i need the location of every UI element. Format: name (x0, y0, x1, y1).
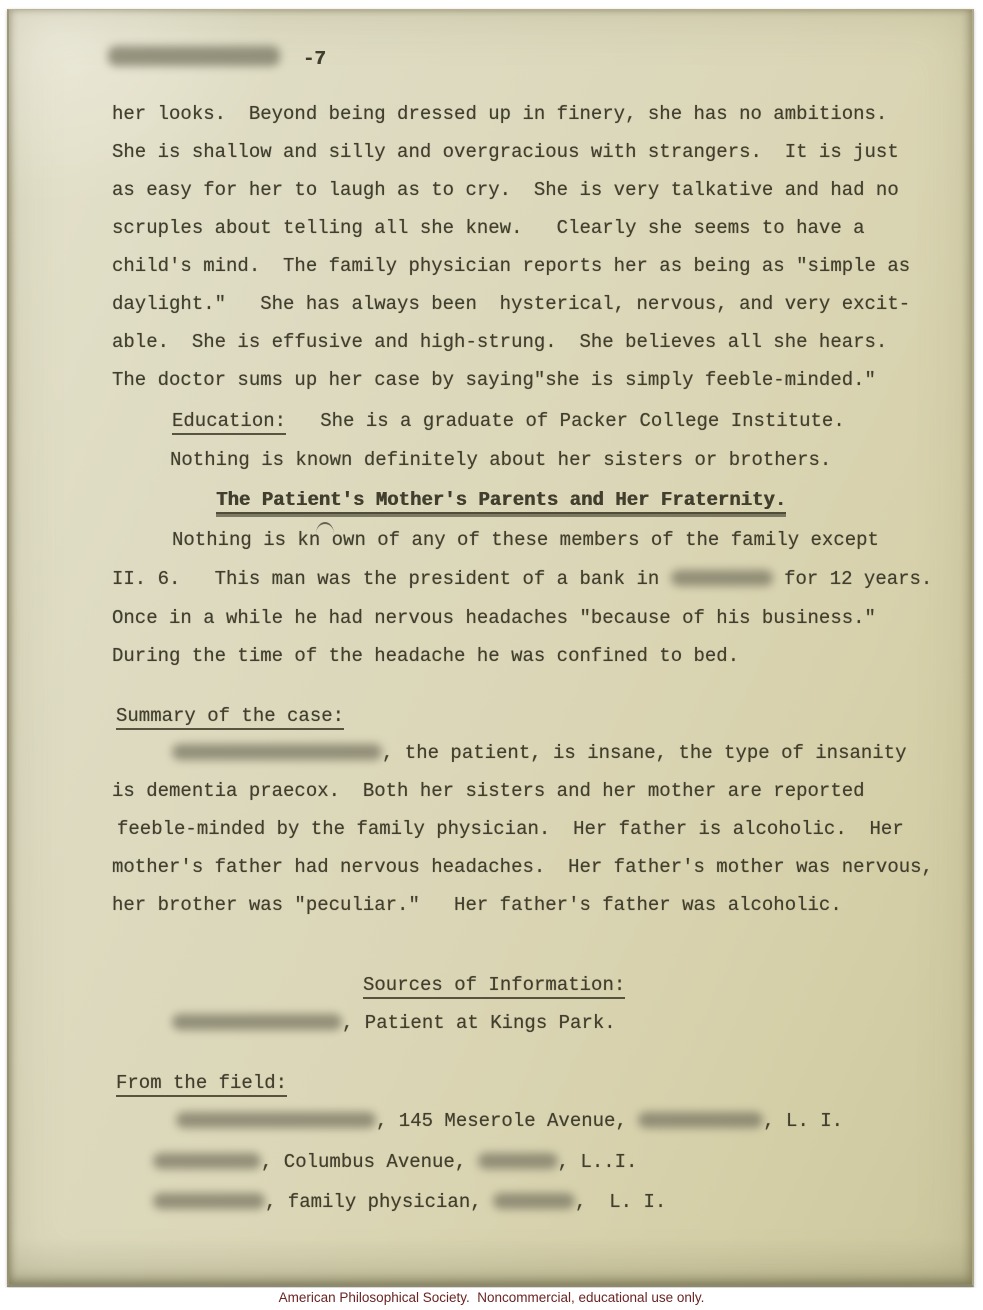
scanned-page (7, 9, 974, 1287)
scanned-document-viewer: { "document": { "description": "Scanned … (0, 0, 983, 1310)
attribution-footer: American Philosophical Society. Noncomme… (0, 1288, 983, 1310)
